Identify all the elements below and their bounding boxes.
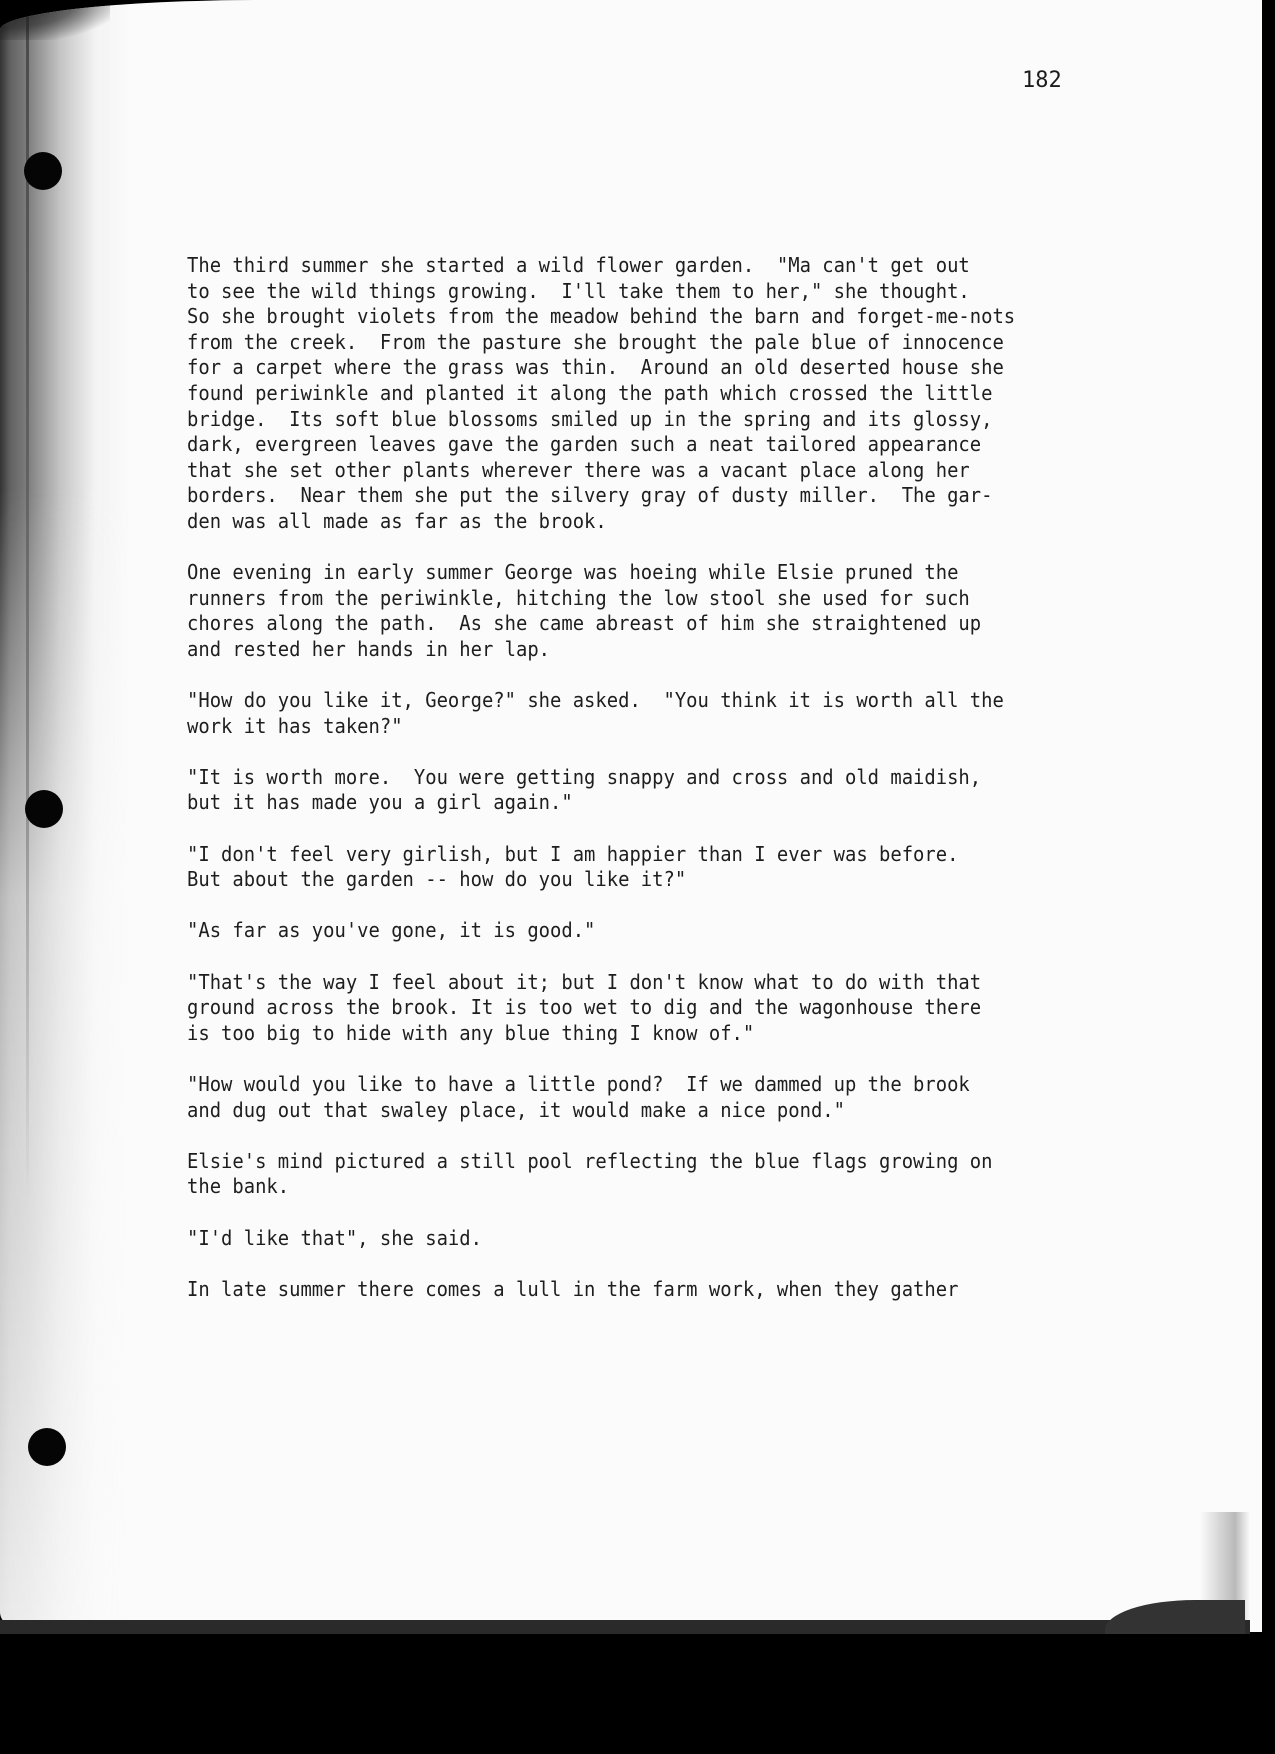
text-line: but it has made you a girl again." (187, 790, 1065, 816)
paragraph: "I'd like that", she said. (187, 1226, 1065, 1252)
text-line: to see the wild things growing. I'll tak… (187, 279, 1065, 305)
punch-hole-middle (25, 790, 63, 828)
text-line: dark, evergreen leaves gave the garden s… (187, 432, 1065, 458)
document-page: 182 The third summer she started a wild … (0, 0, 1262, 1632)
text-line: bridge. Its soft blue blossoms smiled up… (187, 407, 1065, 433)
text-line: "How do you like it, George?" she asked.… (187, 688, 1065, 714)
text-line: from the creek. From the pasture she bro… (187, 330, 1065, 356)
page-number: 182 (1022, 68, 1062, 93)
text-line: chores along the path. As she came abrea… (187, 611, 1065, 637)
text-line: found periwinkle and planted it along th… (187, 381, 1065, 407)
text-line: "As far as you've gone, it is good." (187, 918, 1065, 944)
text-line: The third summer she started a wild flow… (187, 253, 1065, 279)
paragraph: "It is worth more. You were getting snap… (187, 765, 1065, 816)
text-line: ground across the brook. It is too wet t… (187, 995, 1065, 1021)
text-line: work it has taken?" (187, 714, 1065, 740)
paragraph: "How do you like it, George?" she asked.… (187, 688, 1065, 739)
text-line: is too big to hide with any blue thing I… (187, 1021, 1065, 1047)
paragraph: In late summer there comes a lull in the… (187, 1277, 1065, 1303)
text-line: So she brought violets from the meadow b… (187, 304, 1065, 330)
page-bottom-edge (0, 1620, 1250, 1634)
text-line: "I'd like that", she said. (187, 1226, 1065, 1252)
text-line: One evening in early summer George was h… (187, 560, 1065, 586)
paragraph: The third summer she started a wild flow… (187, 253, 1065, 535)
text-line: In late summer there comes a lull in the… (187, 1277, 1065, 1303)
text-line: "I don't feel very girlish, but I am hap… (187, 842, 1065, 868)
binding-shadow (0, 0, 130, 1632)
top-corner-shadow (0, 0, 110, 40)
text-line: But about the garden -- how do you like … (187, 867, 1065, 893)
paragraph: "As far as you've gone, it is good." (187, 918, 1065, 944)
text-line: that she set other plants wherever there… (187, 458, 1065, 484)
text-line: runners from the periwinkle, hitching th… (187, 586, 1065, 612)
body-text: The third summer she started a wild flow… (187, 253, 1065, 1328)
punch-hole-bottom (28, 1428, 66, 1466)
paragraph: "That's the way I feel about it; but I d… (187, 970, 1065, 1047)
paragraph: One evening in early summer George was h… (187, 560, 1065, 662)
text-line: "How would you like to have a little pon… (187, 1072, 1065, 1098)
text-line: and dug out that swaley place, it would … (187, 1098, 1065, 1124)
text-line: "It is worth more. You were getting snap… (187, 765, 1065, 791)
punch-hole-top (24, 152, 62, 190)
text-line: Elsie's mind pictured a still pool refle… (187, 1149, 1065, 1175)
text-line: den was all made as far as the brook. (187, 509, 1065, 535)
paragraph: "How would you like to have a little pon… (187, 1072, 1065, 1123)
text-line: for a carpet where the grass was thin. A… (187, 355, 1065, 381)
text-line: and rested her hands in her lap. (187, 637, 1065, 663)
text-line: the bank. (187, 1174, 1065, 1200)
text-line: "That's the way I feel about it; but I d… (187, 970, 1065, 996)
text-line: borders. Near them she put the silvery g… (187, 483, 1065, 509)
paragraph: "I don't feel very girlish, but I am hap… (187, 842, 1065, 893)
paragraph: Elsie's mind pictured a still pool refle… (187, 1149, 1065, 1200)
